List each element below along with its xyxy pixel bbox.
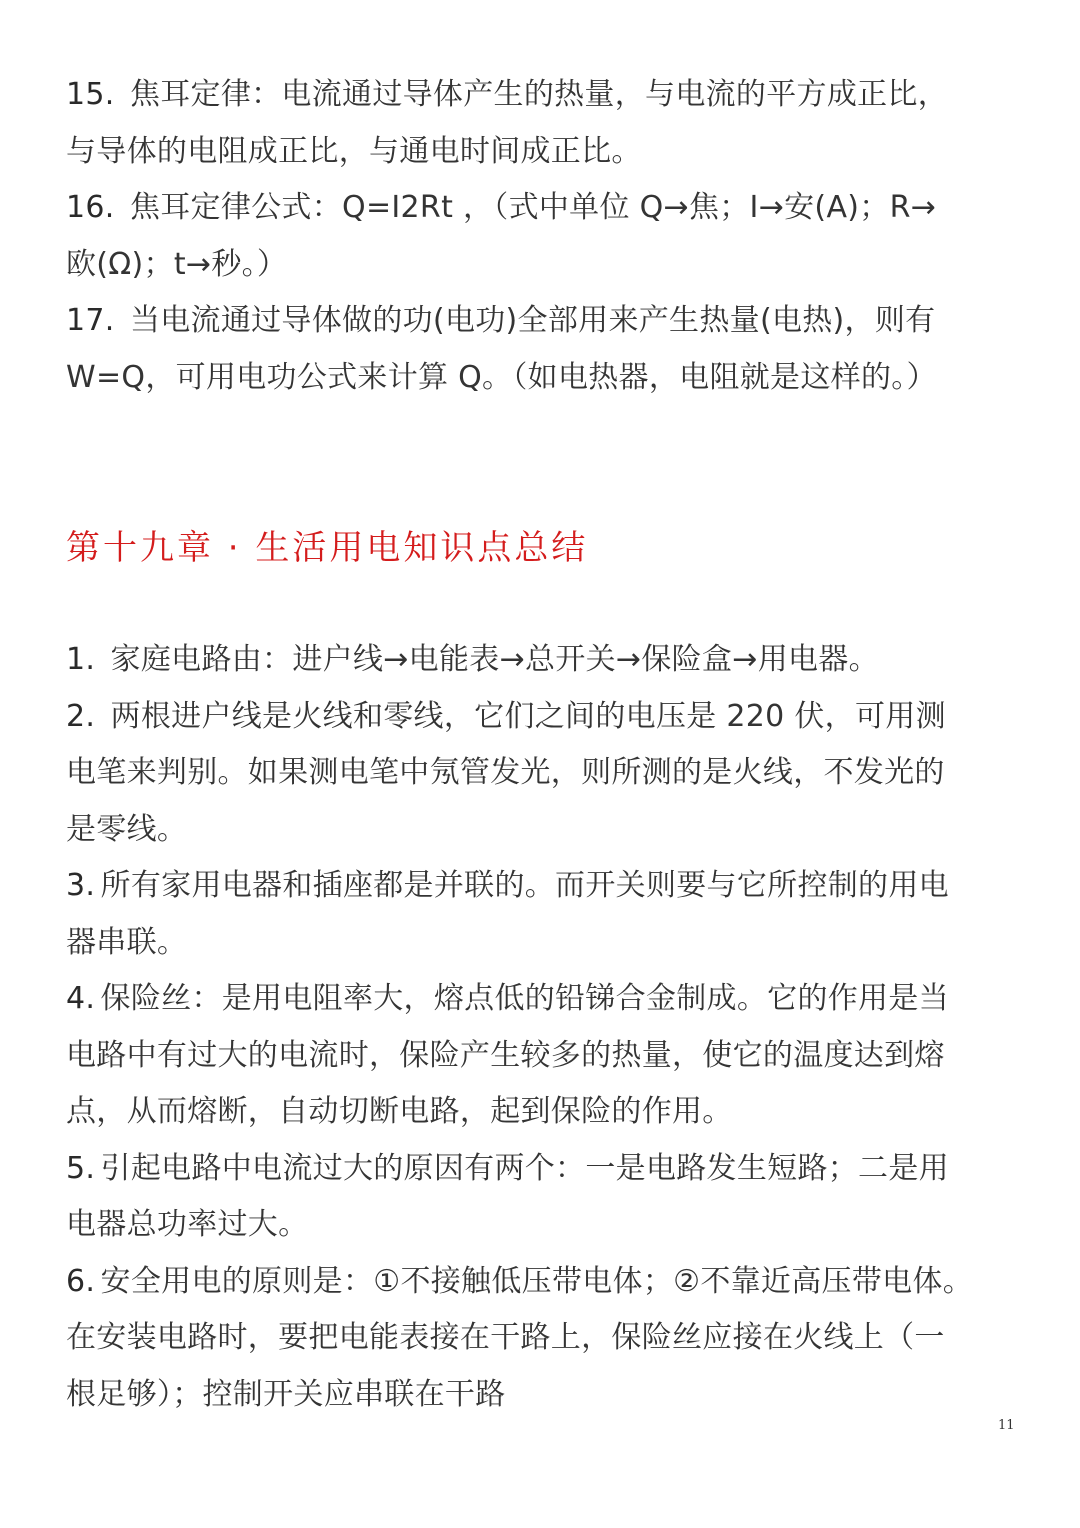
- item-text: 当电流通过导体做的功(电功)全部用来产生热量(电热)，则有: [130, 303, 936, 338]
- list-item-2-line-2: 电笔来判别。如果测电笔中氖管发光，则所测的是火线，不发光的: [66, 745, 1026, 802]
- item-number: 2.: [66, 699, 95, 734]
- item-text: 焦耳定律公式：Q=I2Rt ，（式中单位 Q→焦；I→安(A)；R→: [130, 190, 936, 225]
- item-text: 欧(Ω)；t→秒。）: [66, 247, 287, 282]
- item-text: 两根进户线是火线和零线，它们之间的电压是 220 伏，可用测: [111, 699, 946, 734]
- item-text: 是零线。: [66, 812, 187, 847]
- item-number: 17.: [66, 303, 115, 338]
- list-item-6-line-3: 根足够）；控制开关应串联在干路: [66, 1367, 1026, 1424]
- list-item-2-line-3: 是零线。: [66, 802, 1026, 859]
- item-number: 5.: [66, 1151, 95, 1186]
- item-text: 在安装电路时，要把电能表接在干路上，保险丝应接在火线上（一: [66, 1320, 945, 1355]
- list-item-5-line-1: 5. 引起电路中电流过大的原因有两个：一是电路发生短路；二是用: [66, 1141, 1026, 1198]
- item-text: 保险丝：是用电阻率大，熔点低的铅锑合金制成。它的作用是当: [101, 981, 949, 1016]
- item-number: 3.: [66, 868, 95, 903]
- item-text: 引起电路中电流过大的原因有两个：一是电路发生短路；二是用: [101, 1151, 949, 1186]
- list-item-4-line-2: 电路中有过大的电流时，保险产生较多的热量，使它的温度达到熔: [66, 1028, 1026, 1085]
- section-list: 1. 家庭电路由：进户线→电能表→总开关→保险盒→用电器。 2. 两根进户线是火…: [66, 632, 1026, 1423]
- list-item-5-line-2: 电器总功率过大。: [66, 1197, 1026, 1254]
- item-number: 1.: [66, 642, 95, 677]
- item-text: 电笔来判别。如果测电笔中氖管发光，则所测的是火线，不发光的: [66, 755, 945, 790]
- document-page: 15. 焦耳定律：电流通过导体产生的热量，与电流的平方成正比， 与导体的电阻成正…: [0, 0, 1080, 1528]
- list-item-3-line-1: 3. 所有家用电器和插座都是并联的。而开关则要与它所控制的用电: [66, 858, 1026, 915]
- list-item-16-line-1: 16. 焦耳定律公式：Q=I2Rt ，（式中单位 Q→焦；I→安(A)；R→: [66, 180, 1026, 237]
- item-number: 4.: [66, 981, 95, 1016]
- prev-section-list: 15. 焦耳定律：电流通过导体产生的热量，与电流的平方成正比， 与导体的电阻成正…: [66, 67, 1026, 406]
- list-item-15-line-1: 15. 焦耳定律：电流通过导体产生的热量，与电流的平方成正比，: [66, 67, 1026, 124]
- item-text: 电器总功率过大。: [66, 1207, 308, 1242]
- list-item-17-line-2: W=Q，可用电功公式来计算 Q。（如电热器，电阻就是这样的。）: [66, 350, 1026, 407]
- list-item-2-line-1: 2. 两根进户线是火线和零线，它们之间的电压是 220 伏，可用测: [66, 689, 1026, 746]
- item-text: 所有家用电器和插座都是并联的。而开关则要与它所控制的用电: [101, 868, 949, 903]
- item-text: 安全用电的原则是：①不接触低压带电体；②不靠近高压带电体。: [101, 1264, 974, 1299]
- item-text: 焦耳定律：电流通过导体产生的热量，与电流的平方成正比，: [130, 77, 948, 112]
- item-text: W=Q，可用电功公式来计算 Q。（如电热器，电阻就是这样的。）: [66, 360, 937, 395]
- item-text: 器串联。: [66, 925, 187, 960]
- list-item-16-line-2: 欧(Ω)；t→秒。）: [66, 237, 1026, 294]
- item-number: 15.: [66, 77, 115, 112]
- list-item-4-line-3: 点，从而熔断，自动切断电路，起到保险的作用。: [66, 1084, 1026, 1141]
- list-item-6-line-2: 在安装电路时，要把电能表接在干路上，保险丝应接在火线上（一: [66, 1310, 1026, 1367]
- item-text: 根足够）；控制开关应串联在干路: [66, 1377, 506, 1412]
- list-item-3-line-2: 器串联。: [66, 915, 1026, 972]
- list-item-15-line-2: 与导体的电阻成正比，与通电时间成正比。: [66, 124, 1026, 181]
- list-item-1-line-1: 1. 家庭电路由：进户线→电能表→总开关→保险盒→用电器。: [66, 632, 1026, 689]
- item-text: 家庭电路由：进户线→电能表→总开关→保险盒→用电器。: [111, 642, 879, 677]
- list-item-4-line-1: 4. 保险丝：是用电阻率大，熔点低的铅锑合金制成。它的作用是当: [66, 971, 1026, 1028]
- item-number: 16.: [66, 190, 115, 225]
- list-item-6-line-1: 6. 安全用电的原则是：①不接触低压带电体；②不靠近高压带电体。: [66, 1254, 1026, 1311]
- page-number: 11: [998, 1418, 1015, 1433]
- chapter-heading: 第十九章 · 生活用电知识点总结: [66, 518, 588, 578]
- list-item-17-line-1: 17. 当电流通过导体做的功(电功)全部用来产生热量(电热)，则有: [66, 293, 1026, 350]
- item-number: 6.: [66, 1264, 95, 1299]
- item-text: 电路中有过大的电流时，保险产生较多的热量，使它的温度达到熔: [66, 1038, 945, 1073]
- item-text: 与导体的电阻成正比，与通电时间成正比。: [66, 134, 642, 169]
- item-text: 点，从而熔断，自动切断电路，起到保险的作用。: [66, 1094, 733, 1129]
